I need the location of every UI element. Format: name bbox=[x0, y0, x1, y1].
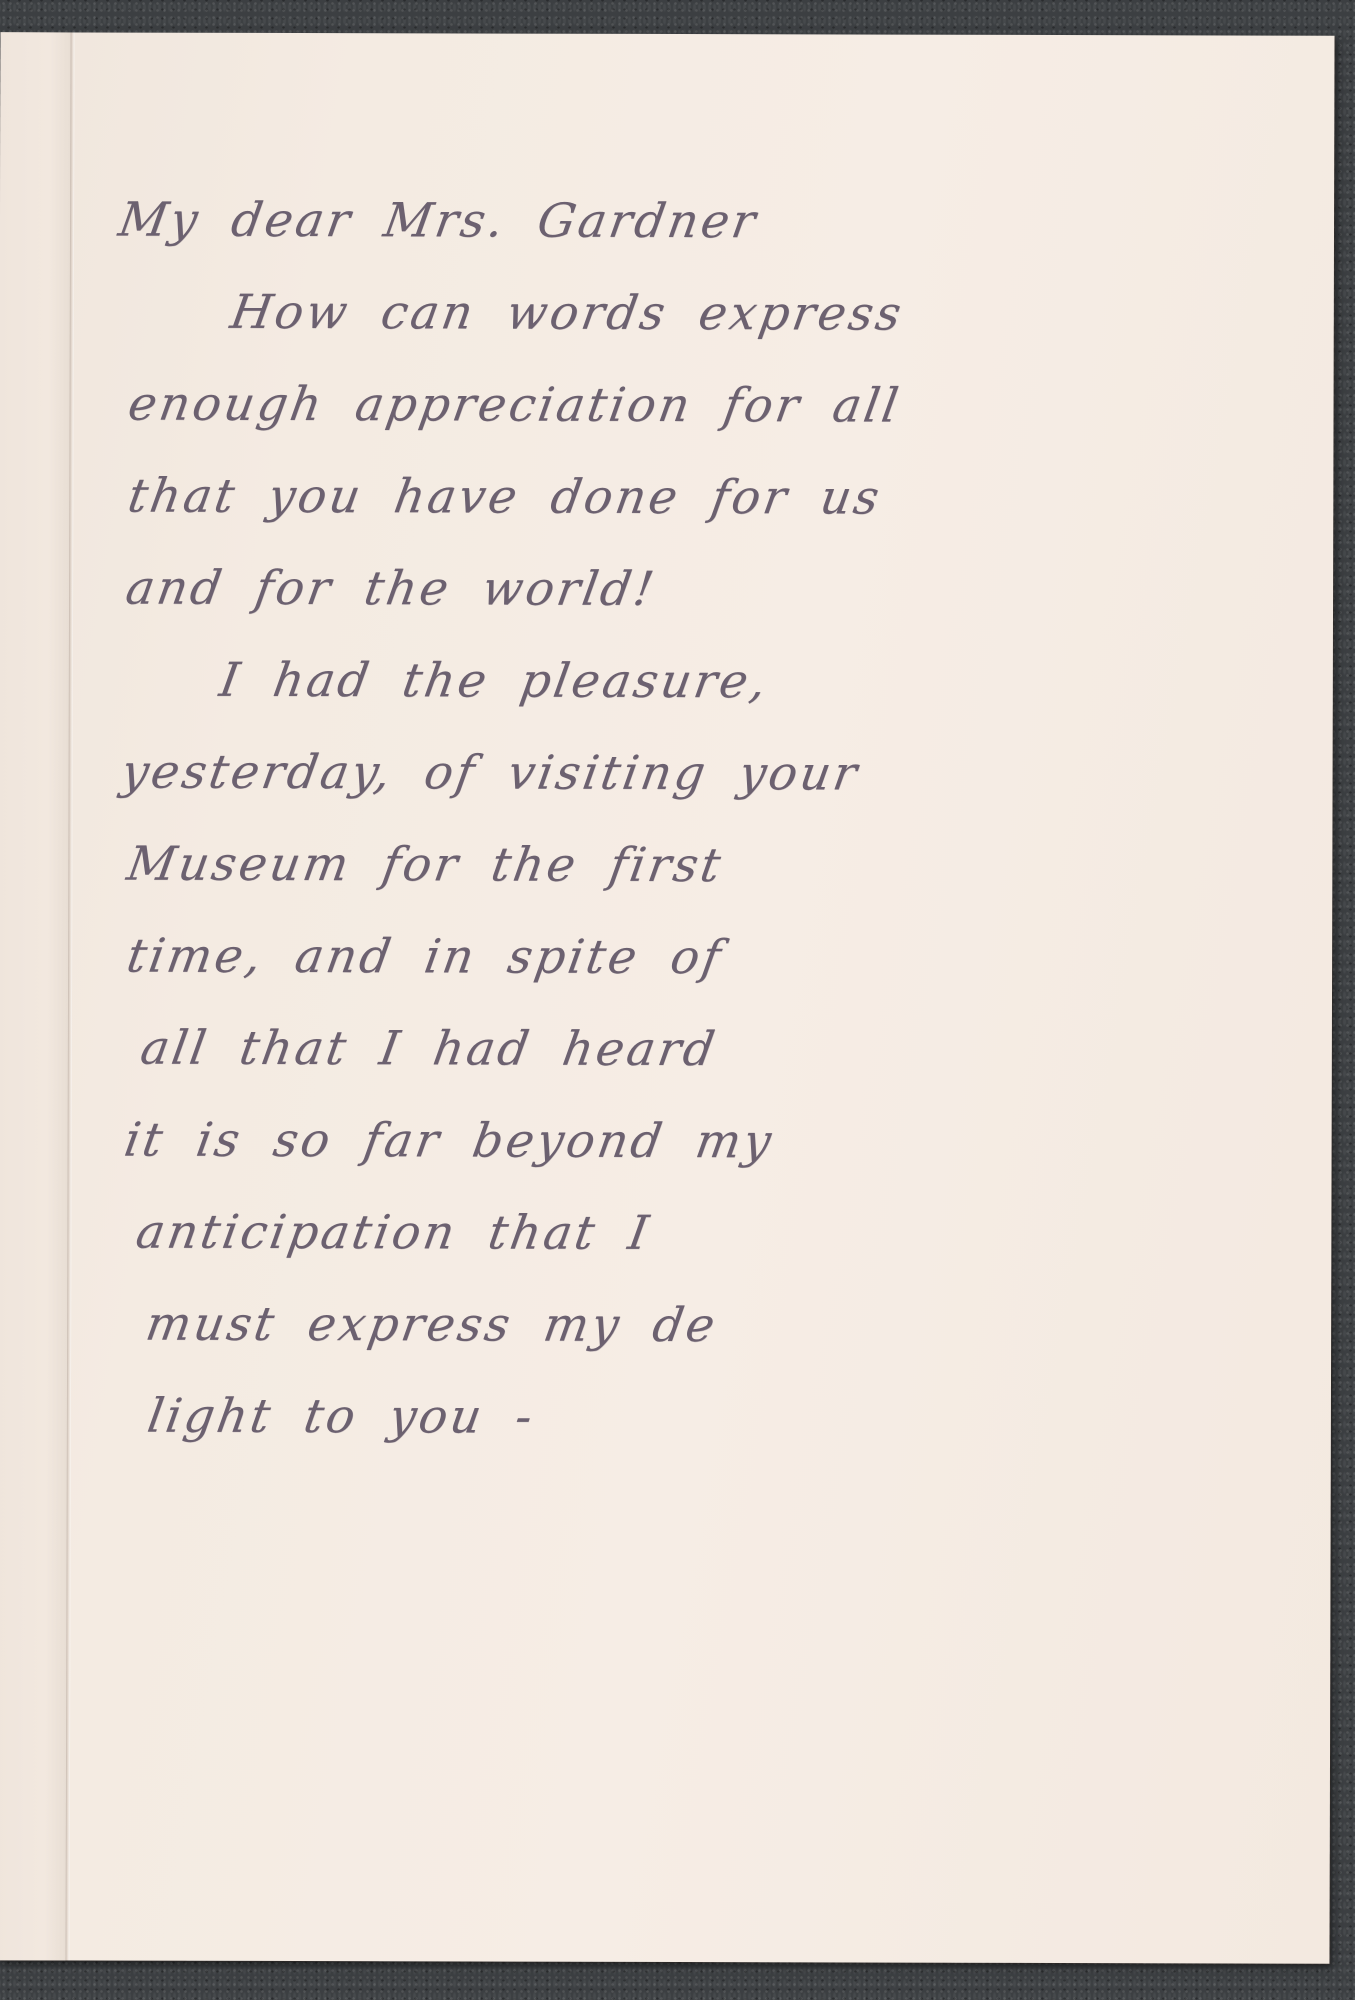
fold-strip bbox=[0, 32, 71, 1960]
letter-line: time, and in spite of bbox=[120, 911, 1259, 1006]
letter-line-salutation: My dear Mrs. Gardner bbox=[112, 175, 1261, 270]
letter-line: yesterday, of visiting your bbox=[114, 727, 1259, 822]
letter-line: and for the world! bbox=[119, 543, 1260, 638]
letter-line-last: light to you - bbox=[141, 1371, 1258, 1466]
letter-line: How can words express bbox=[224, 267, 1261, 362]
letter-line: I had the pleasure, bbox=[213, 635, 1260, 730]
letter-line: enough appreciation for all bbox=[121, 359, 1260, 454]
letter-line: all that I had heard bbox=[134, 1003, 1259, 1098]
letter-line: must express my de bbox=[139, 1279, 1258, 1374]
letter-line: anticipation that I bbox=[129, 1187, 1258, 1282]
letter-line: it is so far beyond my bbox=[118, 1095, 1259, 1190]
letter-line: Museum for the first bbox=[120, 819, 1259, 914]
letter-page: My dear Mrs. Gardner How can words expre… bbox=[0, 32, 1335, 1963]
backing-mat: My dear Mrs. Gardner How can words expre… bbox=[0, 0, 1355, 2000]
letter-line: that you have done for us bbox=[121, 451, 1260, 546]
letter-body: My dear Mrs. Gardner How can words expre… bbox=[93, 175, 1246, 1466]
